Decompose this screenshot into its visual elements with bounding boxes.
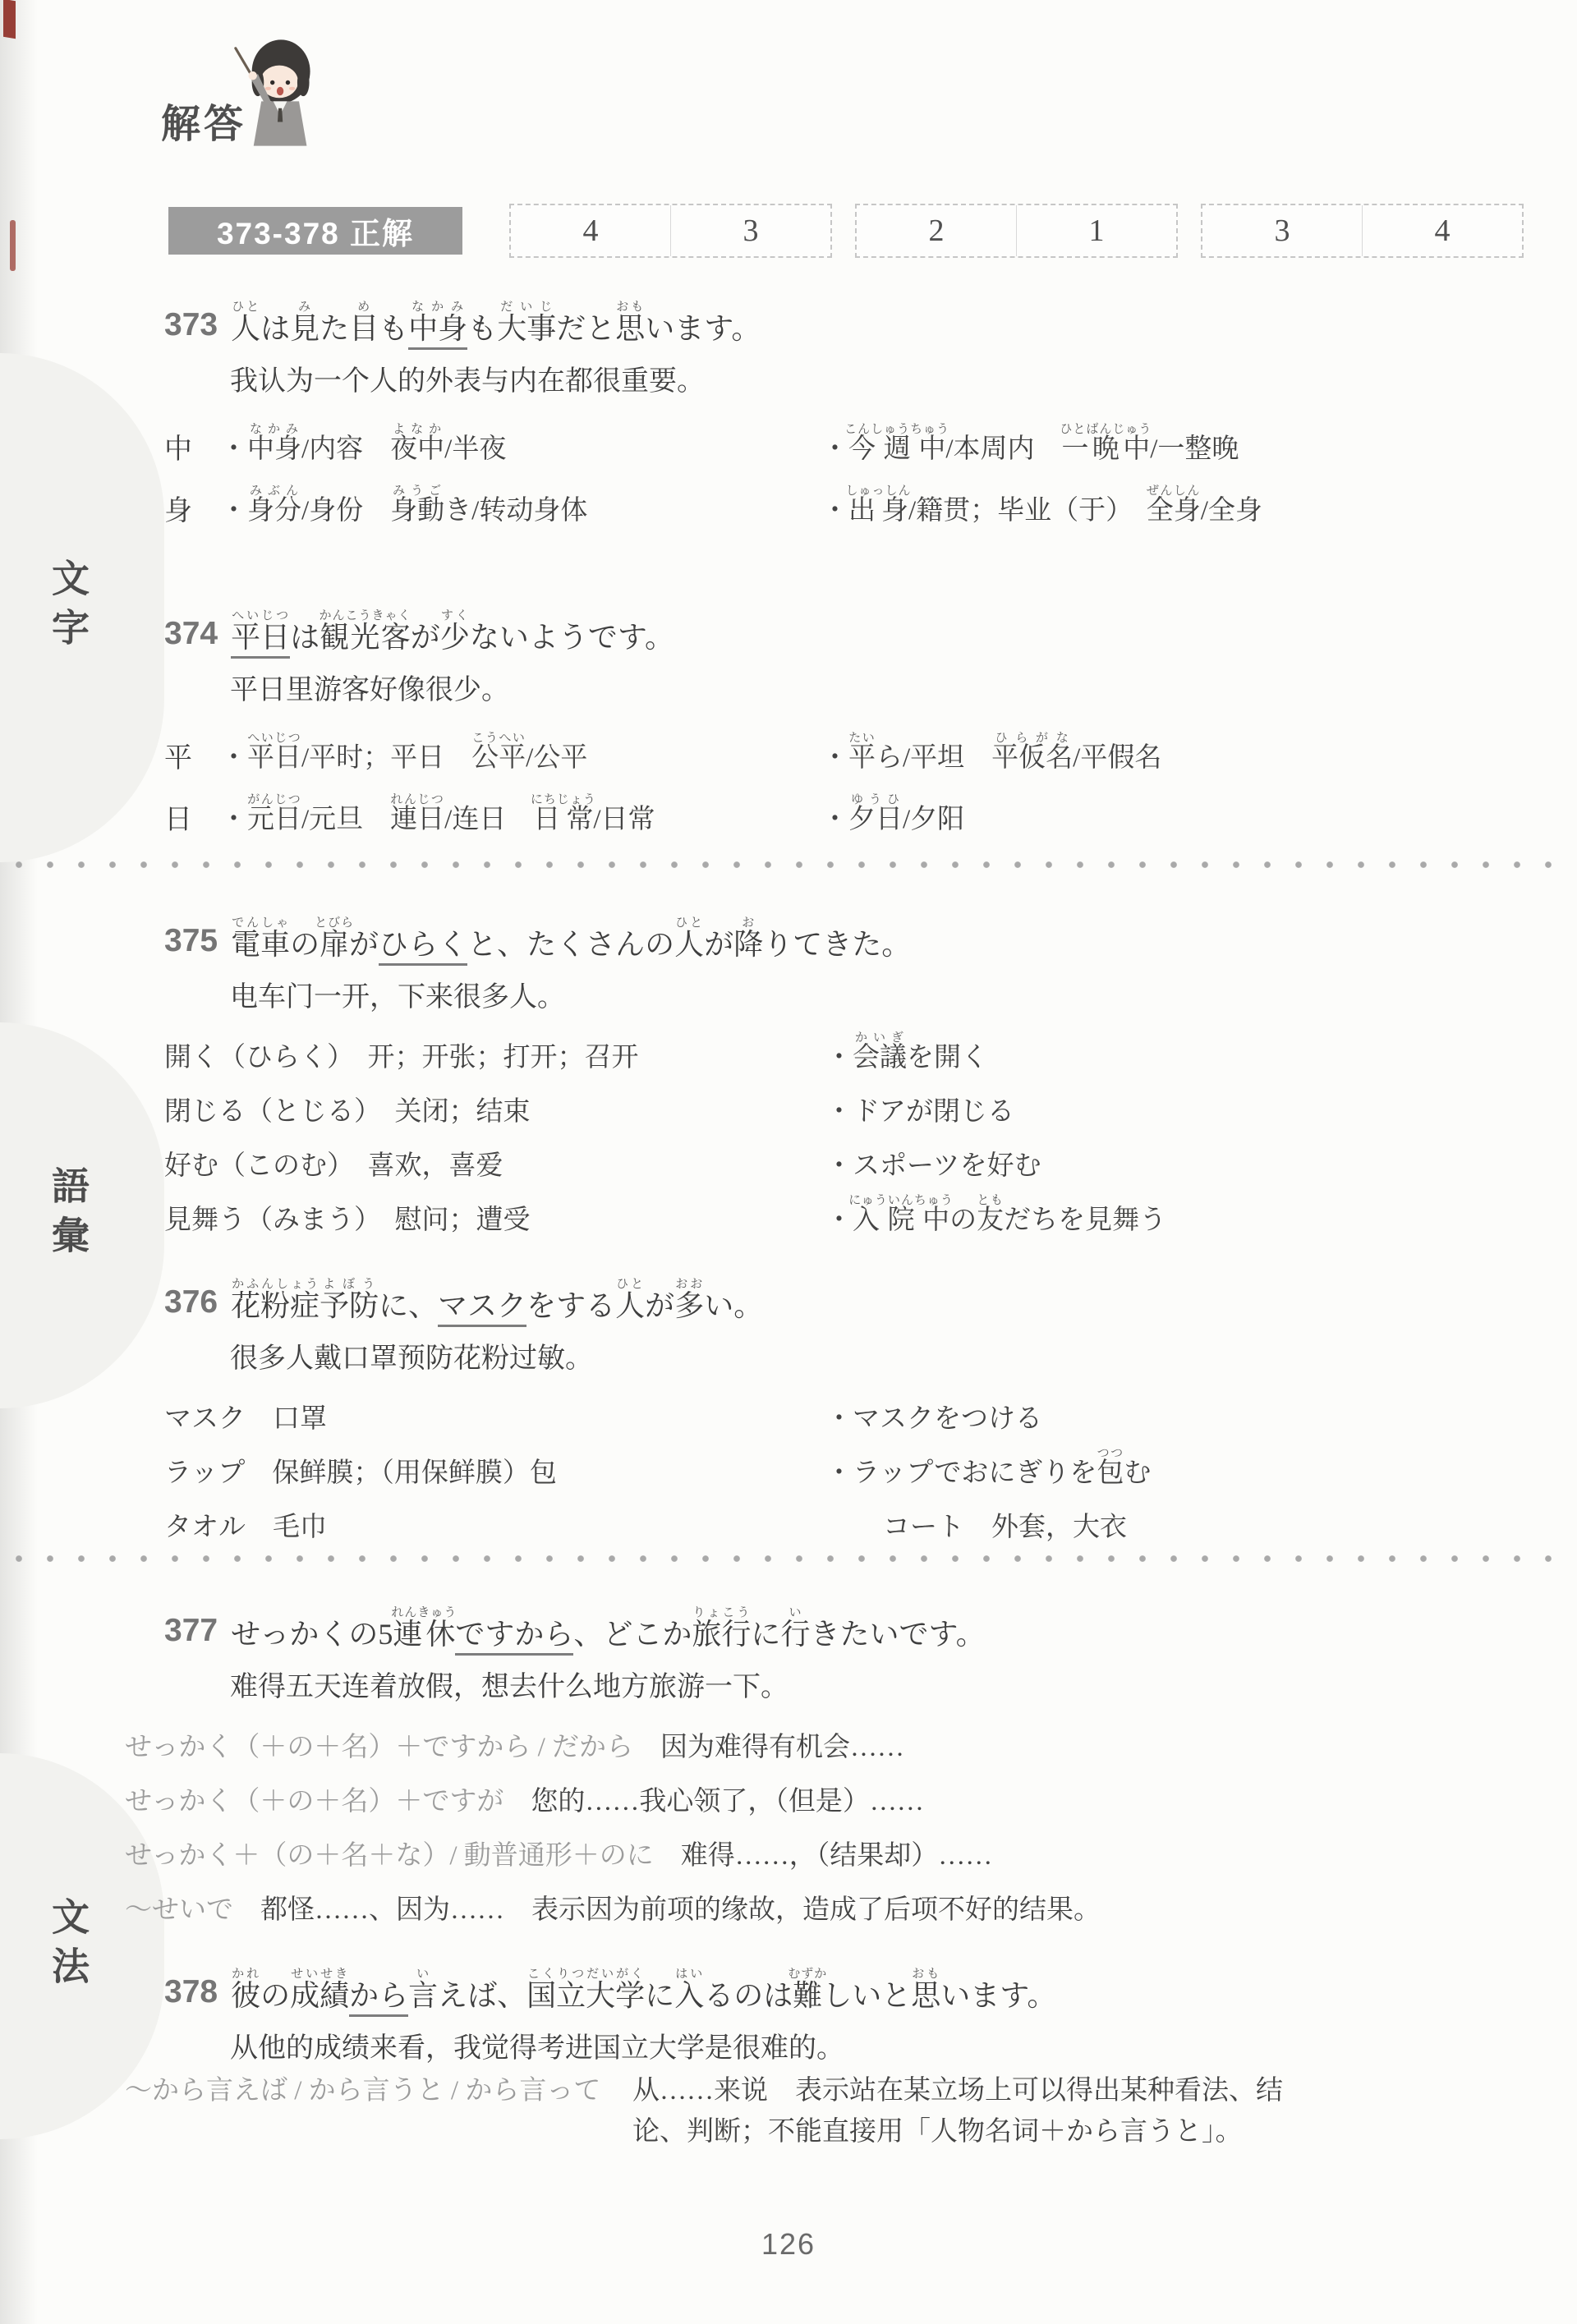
answer-box: 4 [511, 205, 670, 256]
vocab-row: 日・元日がんじつ/元旦 連日れんじつ/连日 日常にちじょう/日常・夕日ゆうひ/夕… [164, 774, 1544, 836]
question-translation: 我认为一个人的外表与内在都很重要。 [164, 350, 1544, 396]
question-number: 376 [164, 1286, 218, 1320]
question-375: 375 電車でんしゃの扉とびらがひらくと、たくさんの人ひとが降おりてきた。 电车… [164, 897, 1544, 1237]
vocab-row: ラップ 保鲜膜；（用保鲜膜）包・ラップでおにぎりを包つつむ [164, 1435, 1544, 1490]
sidebar-tab-label: 語彙 [41, 1166, 95, 1265]
question-rows: 中・中身なかみ/内容 夜中よなか/半夜・今週中こんしゅうちゅう/本周内 一晩中ひ… [164, 404, 1544, 527]
question-translation: 难得五天连着放假，想去什么地方旅游一下。 [164, 1656, 1544, 1702]
question-rows: ～から言えば / から言うと / から言って从……来说 表示站在某立场上可以得出… [164, 2071, 1544, 2152]
dotted-divider [15, 861, 1562, 869]
vocab-row: ～せいで 都怪……、因为…… 表示因为前项的缘故，造成了后项不好的结果。 [125, 1872, 1544, 1927]
answer-bar: 373-378 正解 432134 [0, 204, 1577, 258]
question-number: 377 [164, 1614, 218, 1649]
vocab-row: せっかく＋（の＋名＋な）/ 動普通形＋のに 难得……，（结果却）…… [125, 1818, 1544, 1872]
scanned-textbook-page: { "page": {"number": "126"}, "header": {… [0, 0, 1577, 2324]
vocab-row: マスク 口罩・マスクをつける [164, 1381, 1544, 1435]
dotted-divider [15, 1555, 1562, 1563]
vocab-row: 身・身分みぶん/身份 身動みうごき/转动身体・出身しゅっしん/籍贯；毕业（于） … [164, 466, 1544, 527]
sidebar-tab-label: 文字 [41, 558, 95, 657]
question-sentence: 平日へいじつは観光客かんこうきゃくが少すくないようです。 [231, 609, 674, 652]
question-rows: せっかく（＋の＋名）＋ですから / だから 因为难得有机会……せっかく（＋の＋名… [164, 1710, 1544, 1927]
question-rows: 開く（ひらく） 开；开张；打开；召开・会議かいぎを開く閉じる（とじる） 关闭；结… [164, 1020, 1544, 1237]
question-sentence: 電車でんしゃの扉とびらがひらくと、たくさんの人ひとが降おりてきた。 [231, 916, 911, 959]
vocab-row: せっかく（＋の＋名）＋ですが 您的……我心领了，（但是）…… [125, 1764, 1544, 1818]
vocab-row: せっかく（＋の＋名）＋ですから / だから 因为难得有机会…… [125, 1710, 1544, 1764]
sidebar-tab-goi: 語彙 [0, 1022, 164, 1408]
answer-box: 1 [1016, 205, 1176, 256]
question-rows: 平・平日へいじつ/平时；平日 公平こうへい/公平・平たいら/平坦 平仮名ひらがな… [164, 713, 1544, 836]
answer-box-group: 34 [1201, 204, 1524, 258]
question-translation: 从他的成绩来看，我觉得考进国立大学是很难的。 [164, 2017, 1544, 2063]
answer-box: 3 [670, 205, 830, 256]
scan-artifact-red [3, 0, 16, 39]
answer-box: 3 [1202, 205, 1362, 256]
question-374: 374 平日へいじつは観光客かんこうきゃくが少すくないようです。 平日里游客好像… [164, 590, 1544, 836]
question-sentence: 彼かれの成績せいせきから言いえば、国立大学こくりつだいがくに入はいるのは難むずか… [231, 1967, 1056, 2010]
vocab-row: 好む（このむ） 喜欢，喜爱・スポーツを好む [164, 1128, 1544, 1183]
answer-box: 4 [1362, 205, 1522, 256]
question-sentence: 人ひとは見みた目めも中身なかみも大事だいじだと思おもいます。 [231, 300, 761, 343]
answer-bar-label: 373-378 正解 [168, 207, 462, 255]
question-378: 378 彼かれの成績せいせきから言いえば、国立大学こくりつだいがくに入はいるのは… [164, 1948, 1544, 2152]
question-number: 373 [164, 309, 218, 343]
question-number: 378 [164, 1976, 218, 2010]
question-rows: マスク 口罩・マスクをつけるラップ 保鲜膜；（用保鲜膜）包・ラップでおにぎりを包… [164, 1381, 1544, 1544]
answer-box-group: 21 [855, 204, 1178, 258]
vocab-row: 中・中身なかみ/内容 夜中よなか/半夜・今週中こんしゅうちゅう/本周内 一晩中ひ… [164, 404, 1544, 466]
vocab-row: ～から言えば / から言うと / から言って从……来说 表示站在某立场上可以得出… [125, 2071, 1544, 2152]
question-translation: 很多人戴口罩预防花粉过敏。 [164, 1327, 1544, 1373]
vocab-row: タオル 毛巾コート 外套，大衣 [164, 1490, 1544, 1544]
vocab-row: 閉じる（とじる） 关闭；结束・ドアが閉じる [164, 1074, 1544, 1128]
answer-box-group: 43 [509, 204, 832, 258]
answer-box: 2 [857, 205, 1016, 256]
vocab-row: 見舞う（みまう） 慰问；遭受・入院中にゅういんちゅうの友ともだちを見舞う [164, 1183, 1544, 1237]
question-number: 375 [164, 925, 218, 959]
question-376: 376 花粉症かふんしょう予防よぼうに、マスクをする人ひとが多おおい。 很多人戴… [164, 1258, 1544, 1544]
sidebar-tab-label: 文法 [41, 1897, 95, 1996]
vocab-row: 平・平日へいじつ/平时；平日 公平こうへい/公平・平たいら/平坦 平仮名ひらがな… [164, 713, 1544, 774]
question-translation: 电车门一开，下来很多人。 [164, 966, 1544, 1012]
question-sentence: 花粉症かふんしょう予防よぼうに、マスクをする人ひとが多おおい。 [231, 1277, 763, 1320]
question-377: 377 せっかくの5連休れんきゅうですから、どこか旅行りょこうに行いきたいです。… [164, 1587, 1544, 1927]
question-373: 373 人ひとは見みた目めも中身なかみも大事だいじだと思おもいます。 我认为一个… [164, 281, 1544, 527]
teacher-girl-illustration [227, 33, 330, 153]
vocab-row: 開く（ひらく） 开；开张；打开；召开・会議かいぎを開く [164, 1020, 1544, 1074]
sidebar-tab-moji: 文字 [0, 353, 164, 862]
answer-boxes: 432134 [509, 204, 1524, 258]
question-sentence: せっかくの5連休れんきゅうですから、どこか旅行りょこうに行いきたいです。 [231, 1605, 986, 1649]
question-number: 374 [164, 618, 218, 652]
question-translation: 平日里游客好像很少。 [164, 659, 1544, 705]
page-number: 126 [0, 2227, 1577, 2262]
